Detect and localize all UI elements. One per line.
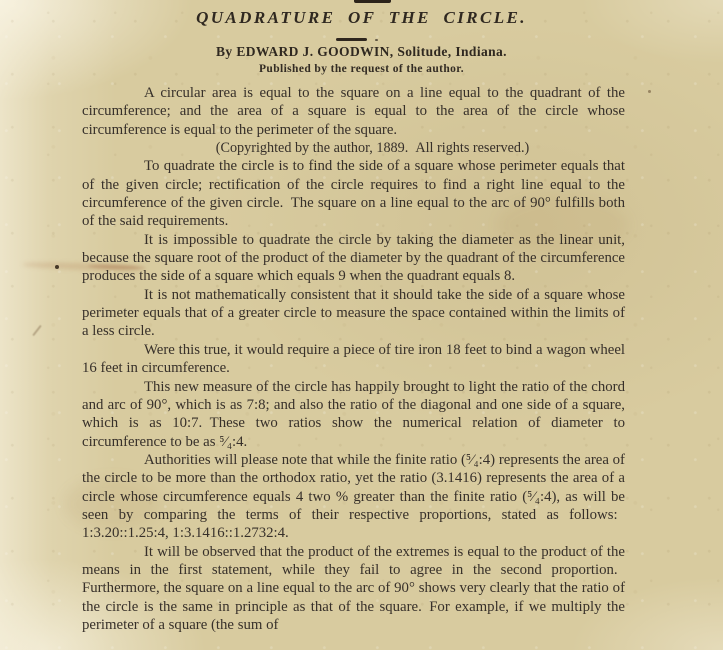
top-rule-fragment xyxy=(354,0,391,3)
small-speck xyxy=(648,90,651,93)
paragraph-3: It is impossible to quadrate the circle … xyxy=(82,231,625,286)
ink-speck xyxy=(55,265,59,269)
paragraph-6: This new measure of the circle has happi… xyxy=(82,378,625,451)
title-divider xyxy=(336,38,367,41)
scanned-document-page: QUADRATURE OF THE CIRCLE. By EDWARD J. G… xyxy=(0,0,723,650)
paragraph-7: Authorities will please note that while … xyxy=(82,451,625,543)
paragraph-2: To quadrate the circle is to find the si… xyxy=(82,157,625,230)
paragraph-1: A circular area is equal to the square o… xyxy=(82,84,625,139)
paragraph-8: It will be observed that the product of … xyxy=(82,543,625,635)
published-note: Published by the request of the author. xyxy=(0,63,723,75)
byline: By EDWARD J. GOODWIN, Solitude, Indiana. xyxy=(0,44,723,60)
document-title: QUADRATURE OF THE CIRCLE. xyxy=(0,8,723,28)
document-body: A circular area is equal to the square o… xyxy=(82,84,625,634)
title-divider-dot xyxy=(375,39,378,41)
scratch-mark xyxy=(32,325,42,336)
paragraph-5: Were this true, it would require a piece… xyxy=(82,341,625,378)
paragraph-4: It is not mathematically consistent that… xyxy=(82,286,625,341)
copyright-line: (Copyrighted by the author, 1889. All ri… xyxy=(82,139,625,157)
